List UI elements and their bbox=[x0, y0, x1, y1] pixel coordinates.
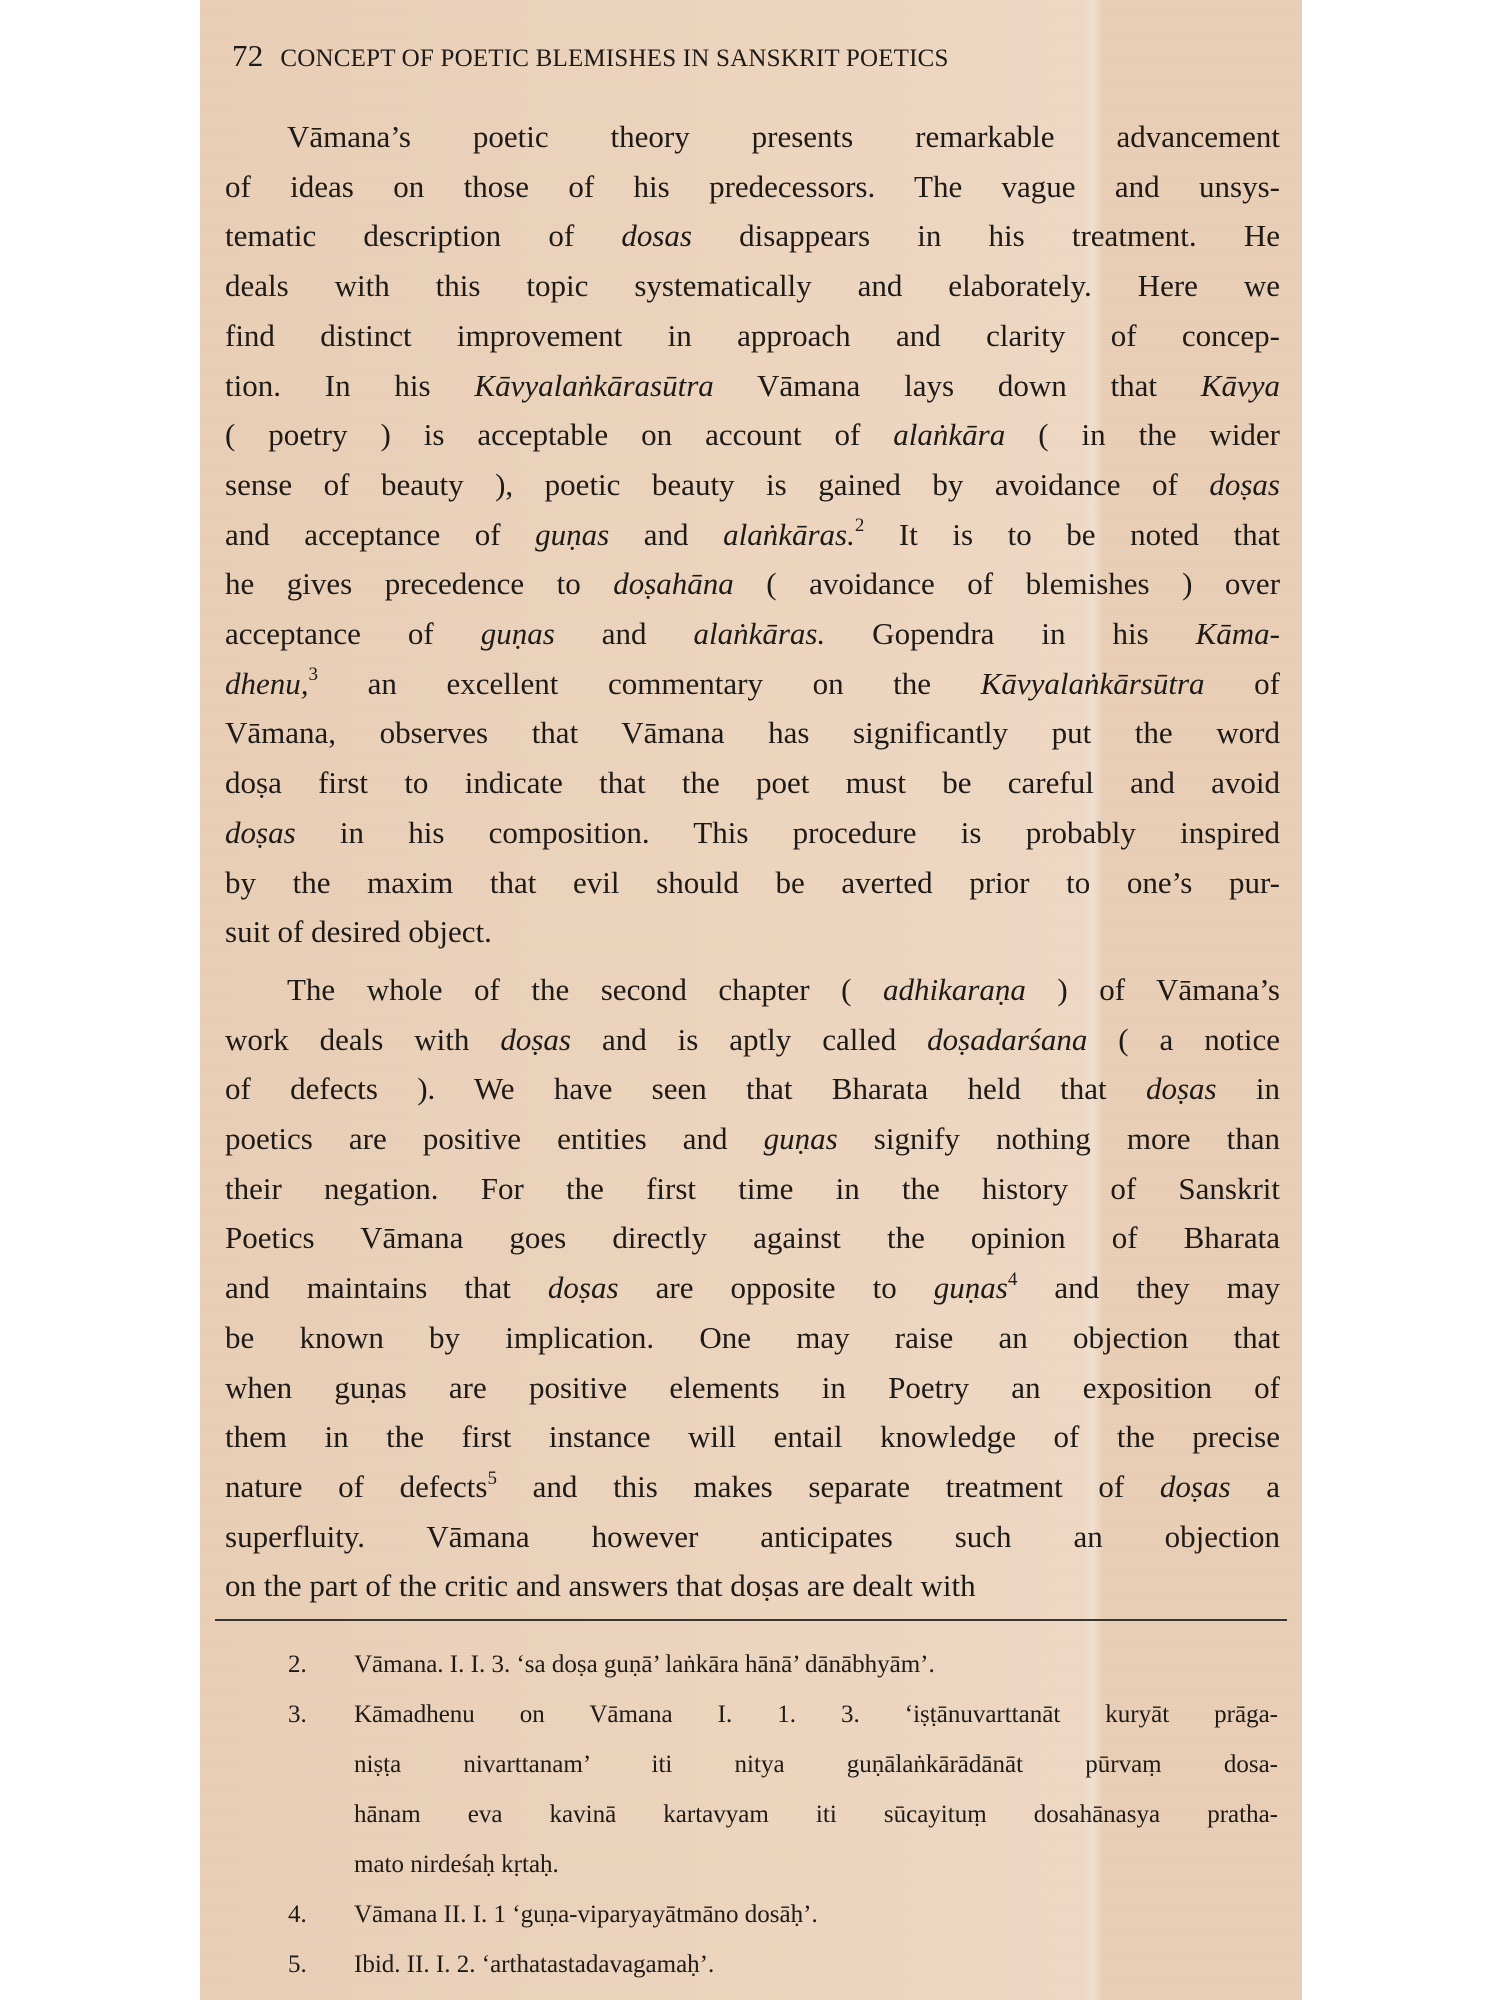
chapter-title: CONCEPT OF POETIC BLEMISHES IN SANSKRIT … bbox=[280, 45, 948, 72]
book-page: 72 CONCEPT OF POETIC BLEMISHES IN SANSKR… bbox=[200, 0, 1302, 2000]
text-line: and acceptance of guṇas and alaṅkāras.2 … bbox=[225, 510, 1280, 560]
footnote-number: 4. bbox=[288, 1890, 307, 1940]
footnote-line: hānam eva kavinā kartavyam iti sūcayituṃ… bbox=[354, 1790, 1278, 1840]
footnote-line: Ibid. II. I. 2. ‘arthatastadavagamaḥ’. bbox=[354, 1940, 1278, 1990]
text-line: of ideas on those of his predecessors. T… bbox=[225, 162, 1280, 212]
text-line: suit of desired object. bbox=[225, 907, 1280, 957]
italic-term: Kāvyalaṅkārsūtra bbox=[981, 666, 1205, 701]
text-line: them in the first instance will entail k… bbox=[225, 1412, 1280, 1462]
footnote-line: Kāmadhenu on Vāmana I. 1. 3. ‘iṣṭānuvart… bbox=[354, 1690, 1278, 1740]
italic-term: doṣas bbox=[225, 815, 296, 850]
italic-term: Kāma- bbox=[1196, 616, 1280, 651]
text-line: tion. In his Kāvyalaṅkārasūtra Vāmana la… bbox=[225, 361, 1280, 411]
footnote-line: niṣṭa nivarttanam’ iti nitya guṇālaṅkārā… bbox=[354, 1740, 1278, 1790]
italic-term: doṣas bbox=[1146, 1071, 1217, 1106]
text-line: doṣa first to indicate that the poet mus… bbox=[225, 758, 1280, 808]
text-line: deals with this topic systematically and… bbox=[225, 261, 1280, 311]
footnote-4: 4. Vāmana II. I. 1 ‘guṇa-viparyayātmāno … bbox=[288, 1890, 1278, 1940]
footnote-ref: 5 bbox=[487, 1468, 497, 1489]
italic-term: dhenu, bbox=[225, 666, 309, 701]
italic-term: doṣas bbox=[548, 1270, 619, 1305]
paragraph-2: The whole of the second chapter ( adhika… bbox=[225, 965, 1280, 1611]
footnote-2: 2. Vāmana. I. I. 3. ‘sa doṣa guṇā’ laṅkā… bbox=[288, 1640, 1278, 1690]
footnote-number: 3. bbox=[288, 1690, 307, 1740]
italic-term: doṣas bbox=[500, 1022, 571, 1057]
italic-term: adhikaraṇa bbox=[883, 972, 1026, 1007]
text-line: tematic description of dosas disappears … bbox=[225, 211, 1280, 261]
footnote-3: 3. Kāmadhenu on Vāmana I. 1. 3. ‘iṣṭānuv… bbox=[288, 1690, 1278, 1890]
italic-term: alaṅkāra bbox=[893, 417, 1005, 452]
italic-term: alaṅkāras. bbox=[723, 517, 855, 552]
italic-term: guṇas bbox=[535, 517, 609, 552]
text-line: The whole of the second chapter ( adhika… bbox=[225, 965, 1280, 1015]
text-line: he gives precedence to doṣahāna ( avoida… bbox=[225, 559, 1280, 609]
italic-term: guṇas bbox=[764, 1121, 838, 1156]
text-line: dhenu,3 an excellent commentary on the K… bbox=[225, 659, 1280, 709]
text-line: Vāmana, observes that Vāmana has signifi… bbox=[225, 708, 1280, 758]
text-line: nature of defects5 and this makes separa… bbox=[225, 1462, 1280, 1512]
footnote-ref: 3 bbox=[309, 664, 319, 685]
italic-term: Kāvya bbox=[1201, 368, 1280, 403]
footnote-line: Vāmana. I. I. 3. ‘sa doṣa guṇā’ laṅkāra … bbox=[354, 1640, 1278, 1690]
footnote-5: 5. Ibid. II. I. 2. ‘arthatastadavagamaḥ’… bbox=[288, 1940, 1278, 1990]
text-line: when guṇas are positive elements in Poet… bbox=[225, 1363, 1280, 1413]
running-head: 72 CONCEPT OF POETIC BLEMISHES IN SANSKR… bbox=[232, 38, 949, 74]
footnote-line: mato nirdeśaḥ kṛtaḥ. bbox=[354, 1840, 1278, 1890]
text-line: Vāmana’s poetic theory presents remarkab… bbox=[225, 112, 1280, 162]
body-text: Vāmana’s poetic theory presents remarkab… bbox=[225, 112, 1280, 1611]
text-line: find distinct improvement in approach an… bbox=[225, 311, 1280, 361]
footnote-divider bbox=[215, 1619, 1287, 1621]
footnote-ref: 2 bbox=[855, 515, 865, 536]
text-line: doṣas in his composition. This procedure… bbox=[225, 808, 1280, 858]
page-number: 72 bbox=[232, 38, 263, 73]
text-line: of defects ). We have seen that Bharata … bbox=[225, 1064, 1280, 1114]
text-line: be known by implication. One may raise a… bbox=[225, 1313, 1280, 1363]
text-line: and maintains that doṣas are opposite to… bbox=[225, 1263, 1280, 1313]
text-line: work deals with doṣas and is aptly calle… bbox=[225, 1015, 1280, 1065]
text-line: Poetics Vāmana goes directly against the… bbox=[225, 1213, 1280, 1263]
footnote-ref: 4 bbox=[1008, 1269, 1018, 1290]
text-line: acceptance of guṇas and alaṅkāras. Gopen… bbox=[225, 609, 1280, 659]
footnote-number: 2. bbox=[288, 1640, 307, 1690]
text-line: superfluity. Vāmana however anticipates … bbox=[225, 1512, 1280, 1562]
italic-term: guṇas bbox=[481, 616, 555, 651]
paragraph-1: Vāmana’s poetic theory presents remarkab… bbox=[225, 112, 1280, 957]
italic-term: doṣadarśana bbox=[927, 1022, 1087, 1057]
italic-term: guṇas bbox=[934, 1270, 1008, 1305]
footnote-line: Vāmana II. I. 1 ‘guṇa-viparyayātmāno dos… bbox=[354, 1890, 1278, 1940]
text-line: by the maxim that evil should be averted… bbox=[225, 858, 1280, 908]
italic-term: Kāvyalaṅkārasūtra bbox=[474, 368, 713, 403]
text-line: poetics are positive entities and guṇas … bbox=[225, 1114, 1280, 1164]
text-line: their negation. For the first time in th… bbox=[225, 1164, 1280, 1214]
italic-term: doṣas bbox=[1209, 467, 1280, 502]
footnotes: 2. Vāmana. I. I. 3. ‘sa doṣa guṇā’ laṅkā… bbox=[288, 1640, 1278, 1990]
italic-term: doṣas bbox=[1160, 1469, 1231, 1504]
text-line: on the part of the critic and answers th… bbox=[225, 1561, 1280, 1611]
italic-term: alaṅkāras. bbox=[693, 616, 825, 651]
text-line: ( poetry ) is acceptable on account of a… bbox=[225, 410, 1280, 460]
italic-term: dosas bbox=[621, 218, 692, 253]
italic-term: doṣahāna bbox=[613, 566, 734, 601]
footnote-number: 5. bbox=[288, 1940, 307, 1990]
text-line: sense of beauty ), poetic beauty is gain… bbox=[225, 460, 1280, 510]
